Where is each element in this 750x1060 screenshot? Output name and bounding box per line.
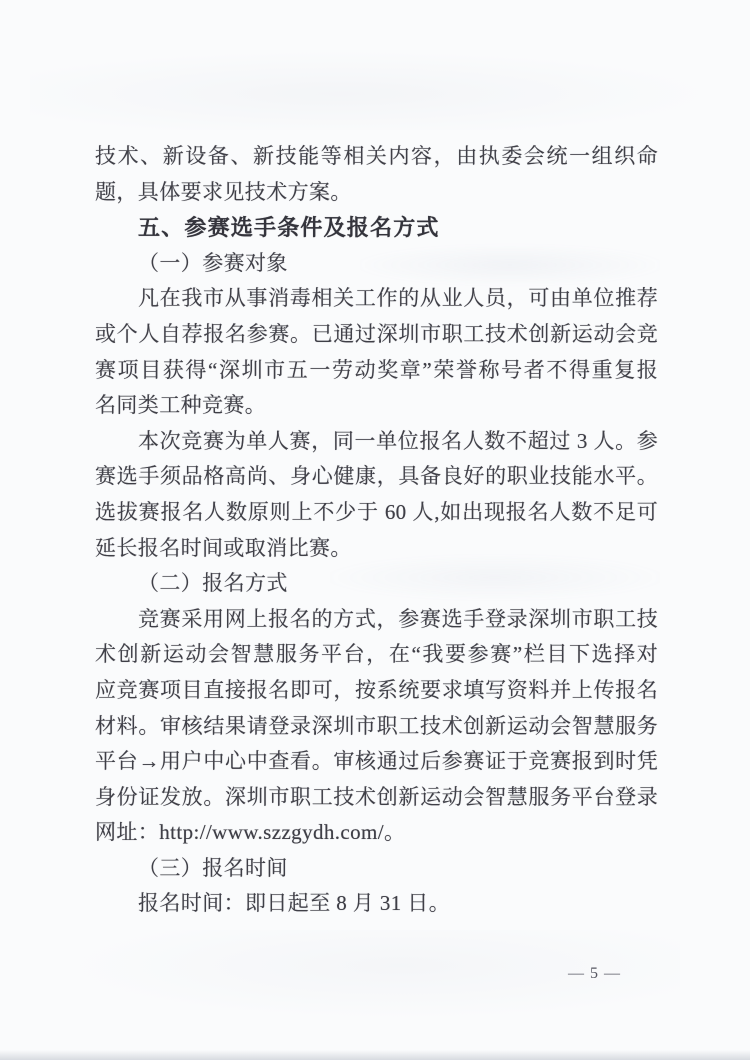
section-heading: 五、参赛选手条件及报名方式 [95,210,658,246]
text-line: 名同类工种竞赛。 [95,388,658,424]
text-line: 材料。审核结果请登录深圳市职工技术创新运动会智慧服务 [95,709,658,745]
text-line: 应竞赛项目直接报名即可，按系统要求填写资料并上传报名 [95,673,658,709]
text-line: 本次竞赛为单人赛，同一单位报名人数不超过 3 人。参 [95,424,658,460]
document-body: 技术、新设备、新技能等相关内容，由执委会统一组织命题，具体要求见技术方案。五、参… [95,139,658,922]
text-line: 延长报名时间或取消比赛。 [95,531,658,567]
text-line: （二）报名方式 [95,566,658,602]
text-line: 选拔赛报名人数原则上不少于 60 人,如出现报名人数不足可 [95,495,658,531]
text-line: 竞赛采用网上报名的方式，参赛选手登录深圳市职工技 [95,602,658,638]
text-line: 凡在我市从事消毒相关工作的从业人员，可由单位推荐 [95,281,658,317]
scan-artifact [30,50,720,130]
page-number: — 5 — [568,965,621,983]
text-line: （一）参赛对象 [95,246,658,282]
page-bottom-edge [0,1050,750,1060]
text-line: 平台→用户中心中查看。审核通过后参赛证于竞赛报到时凭 [95,744,658,780]
text-line: 或个人自荐报名参赛。已通过深圳市职工技术创新运动会竞 [95,317,658,353]
text-line: 报名时间：即日起至 8 月 31 日。 [95,886,658,922]
text-line: 身份证发放。深圳市职工技术创新运动会智慧服务平台登录 [95,780,658,816]
text-line: 术创新运动会智慧服务平台，在“我要参赛”栏目下选择对 [95,637,658,673]
text-line: （三）报名时间 [95,851,658,887]
text-line: 题，具体要求见技术方案。 [95,175,658,211]
text-line: 技术、新设备、新技能等相关内容，由执委会统一组织命 [95,139,658,175]
text-line: 赛选手须品格高尚、身心健康，具备良好的职业技能水平。 [95,459,658,495]
document-page: 技术、新设备、新技能等相关内容，由执委会统一组织命题，具体要求见技术方案。五、参… [0,0,750,1060]
text-line: 赛项目获得“深圳市五一劳动奖章”荣誉称号者不得重复报 [95,353,658,389]
text-line: 网址：http://www.szzgydh.com/。 [95,815,658,851]
